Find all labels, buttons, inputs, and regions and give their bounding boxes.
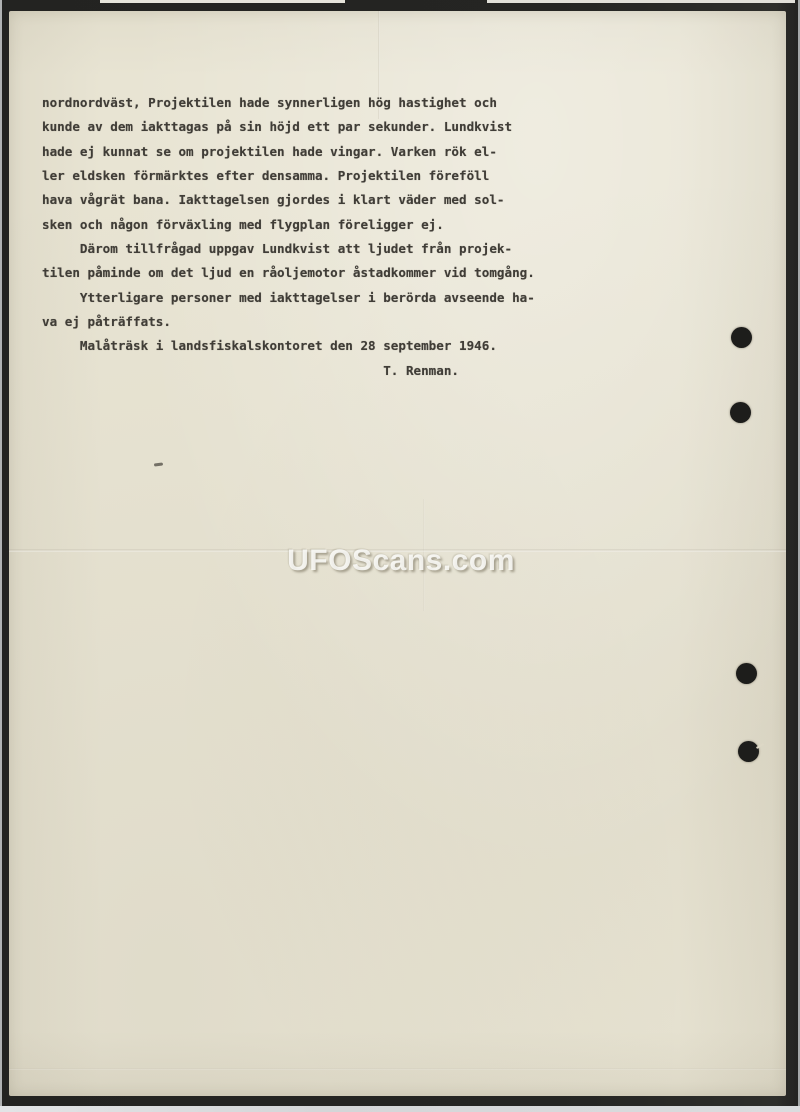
scanner-edge-left [0, 0, 2, 1106]
punch-hole-torn [738, 741, 759, 762]
punch-hole [731, 327, 752, 348]
paper-sliver-top-left [100, 0, 345, 3]
scanner-edge-bottom [0, 1106, 800, 1112]
paper-fold-line-bottom [9, 1068, 786, 1070]
ink-speck [154, 462, 163, 466]
punch-hole [730, 402, 751, 423]
scanned-document-view: nordnordväst, Projektilen hade synnerlig… [0, 0, 800, 1112]
typewritten-text: nordnordväst, Projektilen hade synnerlig… [42, 91, 535, 383]
punch-hole [736, 663, 757, 684]
watermark: UFOScans.com [287, 544, 515, 578]
paper-sliver-top-right [487, 0, 795, 3]
